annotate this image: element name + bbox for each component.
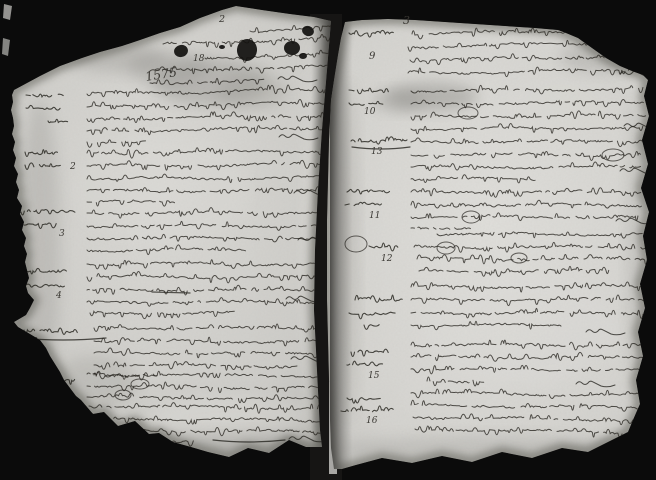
ink-blot <box>284 41 300 55</box>
entry-number: 2 <box>69 162 76 172</box>
stain <box>395 365 515 425</box>
right-page: 9101311121516 <box>325 15 656 475</box>
entry-number: 10 <box>364 107 376 117</box>
right-page-number: 3 <box>403 14 410 27</box>
ink-blot <box>219 45 225 49</box>
entry-number: 11 <box>369 211 380 221</box>
left-page-number: 2 <box>218 14 225 25</box>
manuscript-scan: 1823457 9101311121516 2 3 1575 <box>0 0 656 480</box>
entry-number: 13 <box>371 147 383 157</box>
entry-number: 3 <box>59 229 65 239</box>
entry-number: 18 <box>193 54 205 64</box>
ink-blot <box>299 53 307 59</box>
scan-svg: 1823457 9101311121516 2 3 1575 <box>0 0 656 480</box>
gutter-shadow <box>330 15 380 475</box>
entry-number: 15 <box>368 371 380 381</box>
entry-number: 4 <box>55 291 62 301</box>
entry-number: 12 <box>381 254 393 264</box>
entry-number: 9 <box>369 51 376 62</box>
entry-number: 16 <box>366 416 378 426</box>
